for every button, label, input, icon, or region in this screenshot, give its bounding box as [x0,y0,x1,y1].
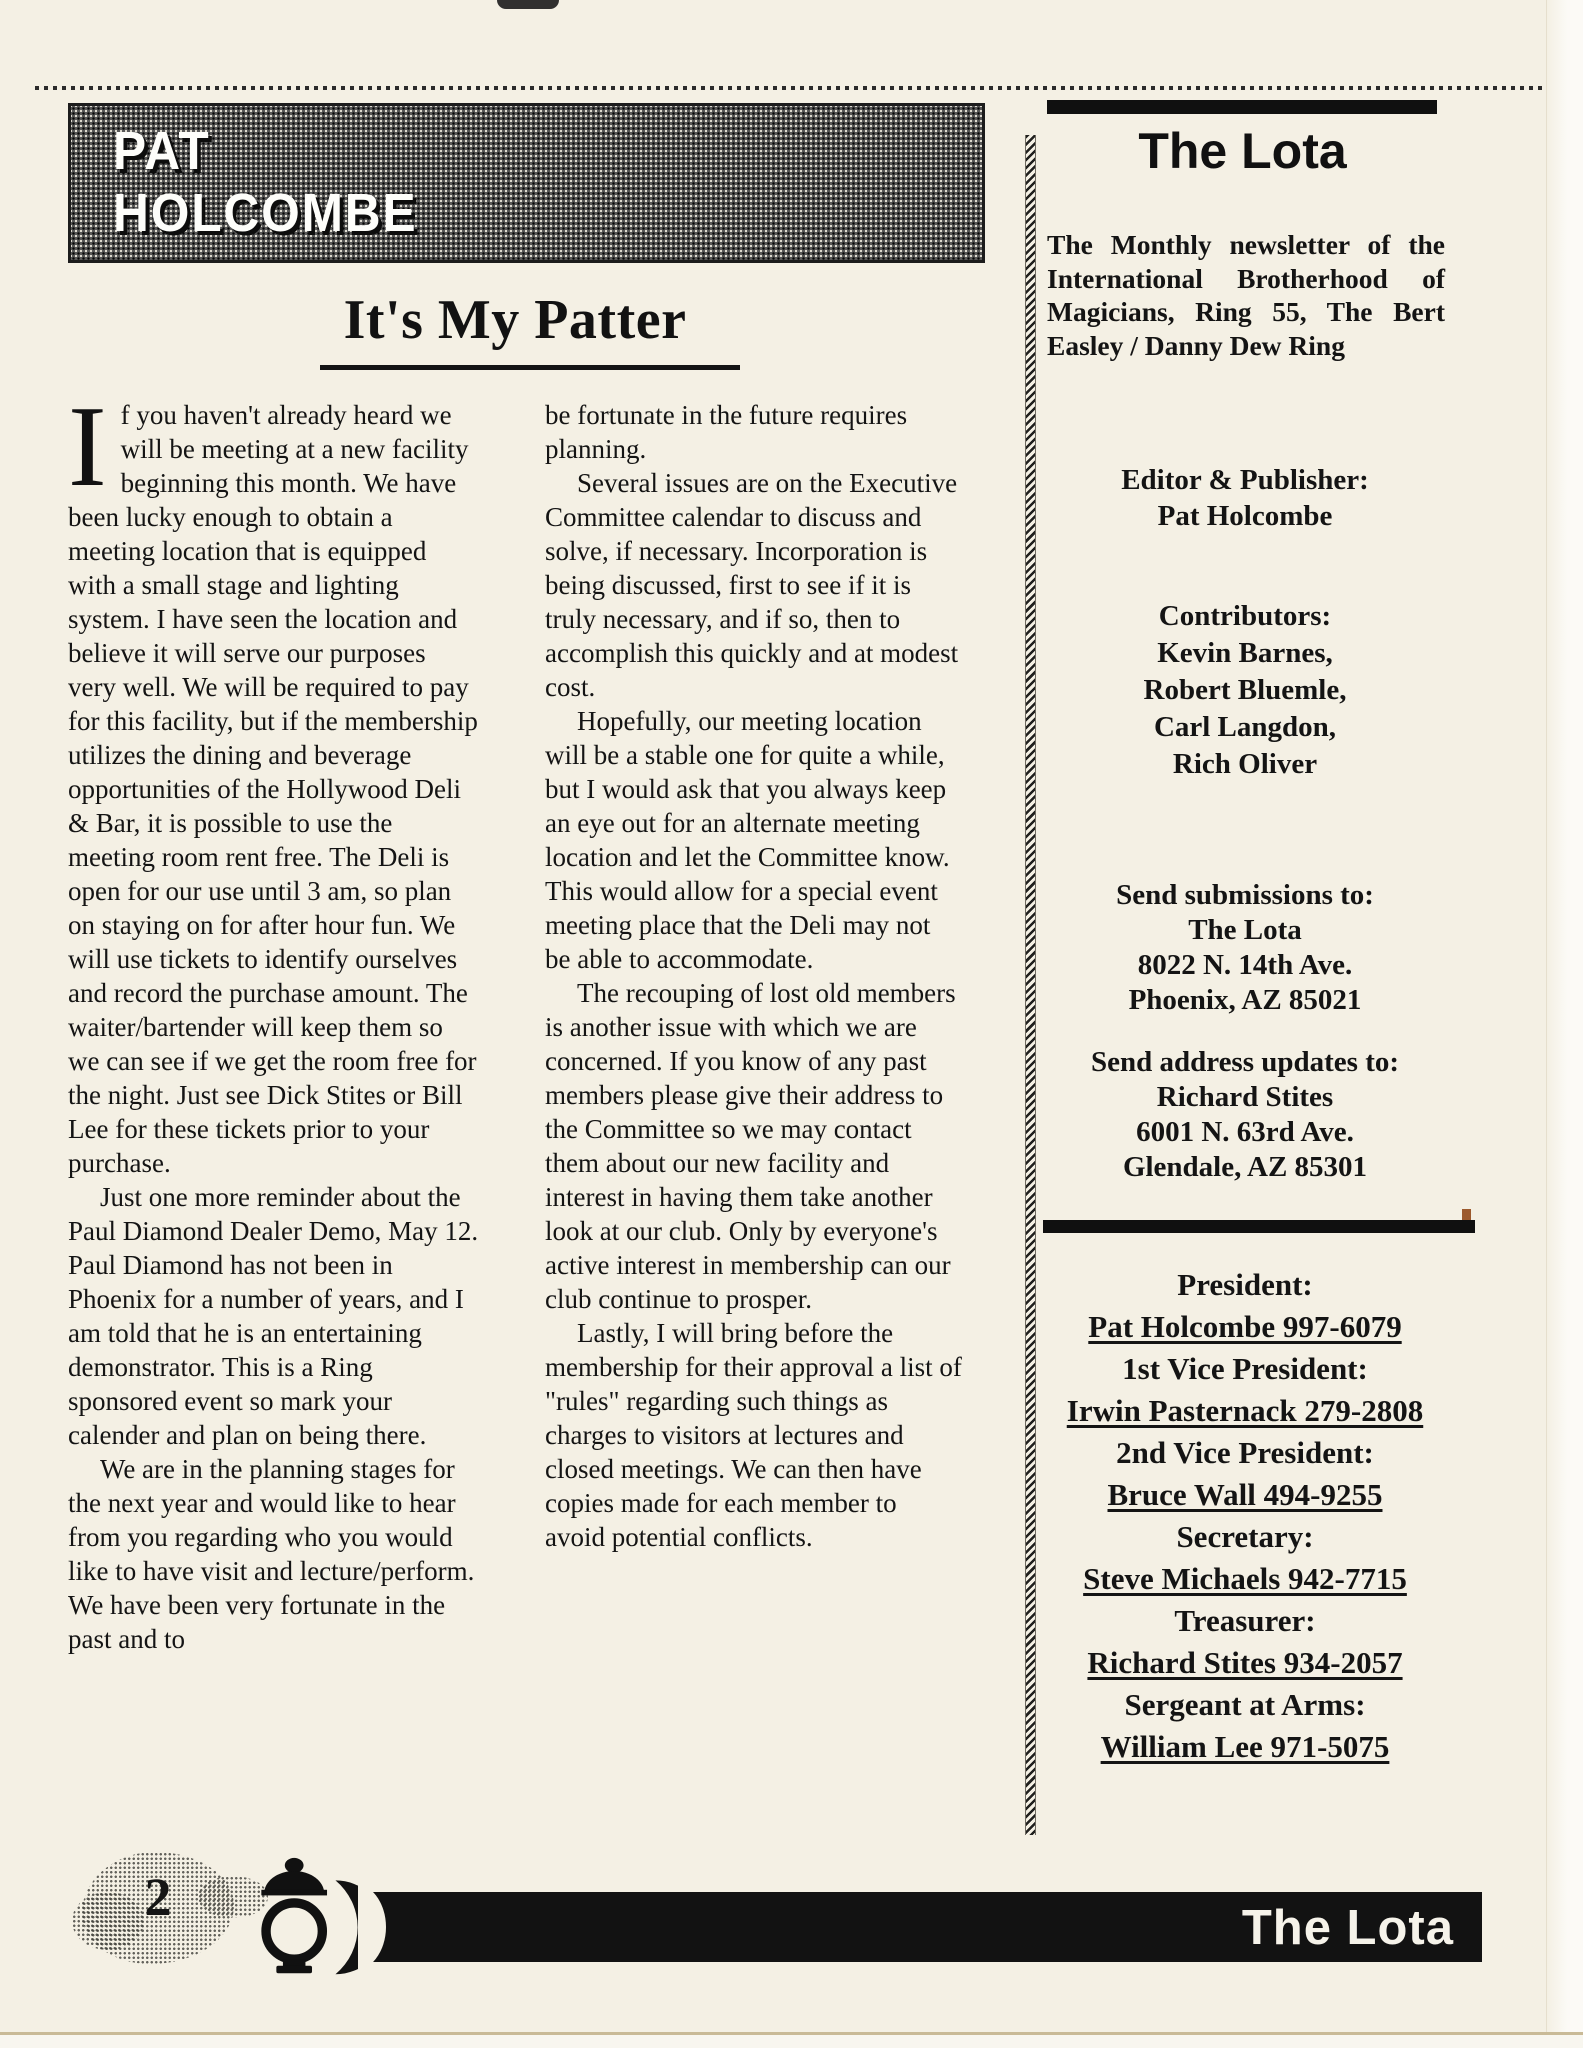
section-line: 8022 N. 14th Ave. [1045,948,1445,983]
section-line: Glendale, AZ 85301 [1045,1150,1445,1185]
section-line: Carl Langdon, [1045,709,1445,746]
officer-name: Irwin Pasternack 279-2808 [1045,1390,1445,1432]
top-dotted-rule [35,86,1543,90]
article-column-middle: be fortunate in the future requires plan… [545,398,962,1554]
lota-pot-icon [236,1854,358,1980]
section-line: Rich Oliver [1045,746,1445,783]
sidebar-section-address-updates: Send address updates to: Richard Stites … [1045,1045,1445,1185]
section-heading: Editor & Publisher: [1045,462,1445,498]
officer-name: Pat Holcombe 997-6079 [1045,1306,1445,1348]
officer-title: Sergeant at Arms: [1045,1684,1445,1726]
page-right-edge [1546,0,1583,2048]
officer-name: Bruce Wall 494-9255 [1045,1474,1445,1516]
article-column-left: If you haven't already heard we will be … [68,398,480,1656]
section-line: Phoenix, AZ 85021 [1045,983,1445,1018]
article-paragraph: be fortunate in the future requires plan… [545,398,962,466]
sidebar-top-rule [1047,100,1437,114]
article-paragraph: Hopefully, our meeting location will be … [545,704,962,976]
article-title: It's My Patter [68,288,962,352]
sidebar-middle-rule [1043,1220,1475,1233]
officer-title: 1st Vice President: [1045,1348,1445,1390]
article-title-underline [320,365,740,370]
section-line: The Lota [1045,913,1445,948]
officer-title: Treasurer: [1045,1600,1445,1642]
footer-newsletter-name: The Lota [1242,1900,1454,1956]
article-paragraph: The recouping of lost old members is ano… [545,976,962,1316]
officer-title: President: [1045,1264,1445,1306]
sidebar-officers-list: President: Pat Holcombe 997-6079 1st Vic… [1045,1264,1445,1768]
section-line: Richard Stites [1045,1080,1445,1115]
officer-title: Secretary: [1045,1516,1445,1558]
sidebar-newsletter-description: The Monthly newsletter of the Internatio… [1047,228,1445,362]
section-line: Robert Bluemle, [1045,672,1445,709]
scan-smudge [497,0,559,9]
vertical-divider [1025,135,1036,1835]
sidebar-section-submissions: Send submissions to: The Lota 8022 N. 14… [1045,878,1445,1018]
page-bottom-edge [0,2035,1583,2048]
article-paragraph: Several issues are on the Executive Comm… [545,466,962,704]
newsletter-page: PAT HOLCOMBE It's My Patter If you haven… [0,0,1583,2048]
section-line: Pat Holcombe [1045,498,1445,534]
scan-tick-mark [1462,1209,1471,1220]
article-paragraph: Lastly, I will bring before the membersh… [545,1316,962,1554]
sidebar-newsletter-title: The Lota [1045,122,1440,180]
footer-title-bar: The Lota [352,1892,1482,1962]
section-heading: Contributors: [1045,598,1445,635]
author-name-line2: HOLCOMBE [113,182,912,244]
drop-cap: I [68,398,121,492]
author-name-line1: PAT [113,120,912,182]
section-line: 6001 N. 63rd Ave. [1045,1115,1445,1150]
officer-title: 2nd Vice President: [1045,1432,1445,1474]
section-heading: Send address updates to: [1045,1045,1445,1080]
officer-name: William Lee 971-5075 [1045,1726,1445,1768]
sidebar-section-editor: Editor & Publisher: Pat Holcombe [1045,462,1445,534]
sidebar-section-contributors: Contributors: Kevin Barnes, Robert Bluem… [1045,598,1445,783]
article-paragraph: We are in the planning stages for the ne… [68,1452,480,1656]
article-paragraph: Just one more reminder about the Paul Di… [68,1180,480,1452]
page-number: 2 [118,1866,198,1928]
section-line: Kevin Barnes, [1045,635,1445,672]
article-paragraph: If you haven't already heard we will be … [68,398,480,1180]
section-heading: Send submissions to: [1045,878,1445,913]
officer-name: Richard Stites 934-2057 [1045,1642,1445,1684]
article-paragraph-text: f you haven't already heard we will be m… [68,400,478,1178]
officer-name: Steve Michaels 942-7715 [1045,1558,1445,1600]
author-masthead-box: PAT HOLCOMBE [68,103,985,263]
